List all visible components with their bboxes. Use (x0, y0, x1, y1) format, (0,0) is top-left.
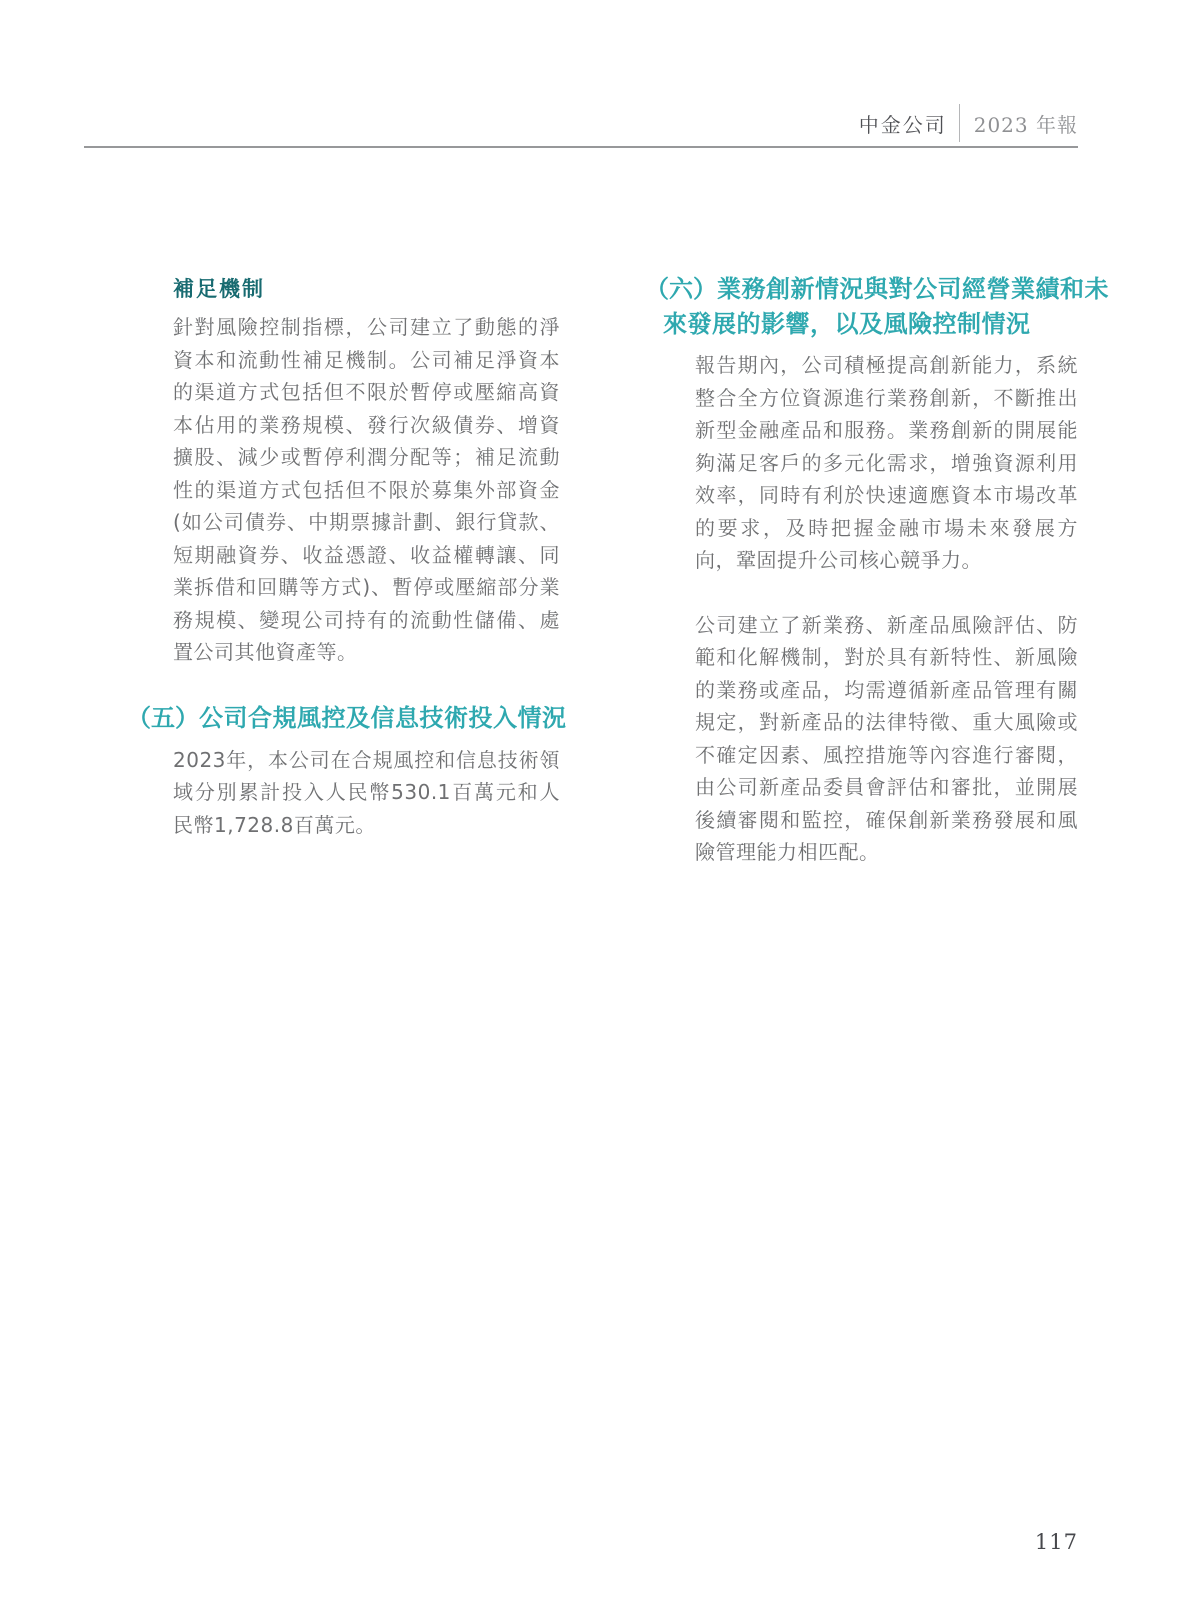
section-6-paragraph-1: 報告期內，公司積極提高創新能力，系統整合全方位資源進行業務創新，不斷推出新型金融… (695, 349, 1078, 577)
section-5-heading: （五）公司合規風控及信息技術投入情況 (127, 701, 560, 736)
left-column: 補足機制 針對風險控制指標，公司建立了動態的淨資本和流動性補足機制。公司補足淨資… (127, 270, 560, 841)
header-company-name: 中金公司 (859, 109, 947, 138)
section-5-number: （五） (127, 704, 199, 732)
section-6-heading: （六）業務創新情況與對公司經營業績和未 來發展的影響，以及風險控制情況 (645, 272, 1078, 342)
section-5-title: 公司合規風控及信息技術投入情況 (199, 704, 567, 732)
header-divider-line (959, 104, 960, 142)
section-6-number: （六） (645, 275, 717, 303)
right-column: （六）業務創新情況與對公司經營業績和未 來發展的影響，以及風險控制情況 報告期內… (645, 270, 1078, 869)
header-report-year: 2023 年報 (974, 109, 1078, 138)
report-page: 中金公司 2023 年報 補足機制 針對風險控制指標，公司建立了動態的淨資本和流… (0, 0, 1190, 1615)
section-6-title-line-1: 業務創新情況與對公司經營業績和未 (717, 275, 1109, 303)
section-6-title-line-2: 來發展的影響，以及風險控制情況 (663, 307, 1078, 342)
subheading-supplement-mechanism: 補足機制 (173, 276, 560, 303)
section-6-paragraph-2: 公司建立了新業務、新產品風險評估、防範和化解機制，對於具有新特性、新風險的業務或… (695, 609, 1078, 869)
left-paragraph-1: 針對風險控制指標，公司建立了動態的淨資本和流動性補足機制。公司補足淨資本的渠道方… (173, 311, 560, 669)
section-5-heading-line: （五）公司合規風控及信息技術投入情況 (127, 701, 560, 736)
section-6-heading-line-1: （六）業務創新情況與對公司經營業績和未 (645, 272, 1078, 307)
header-rule-line (84, 146, 1078, 148)
page-number: 117 (84, 1530, 1078, 1554)
page-header: 中金公司 2023 年報 (84, 104, 1078, 142)
section-5-paragraph: 2023年，本公司在合規風控和信息技術領域分別累計投入人民幣530.1百萬元和人… (173, 744, 560, 842)
